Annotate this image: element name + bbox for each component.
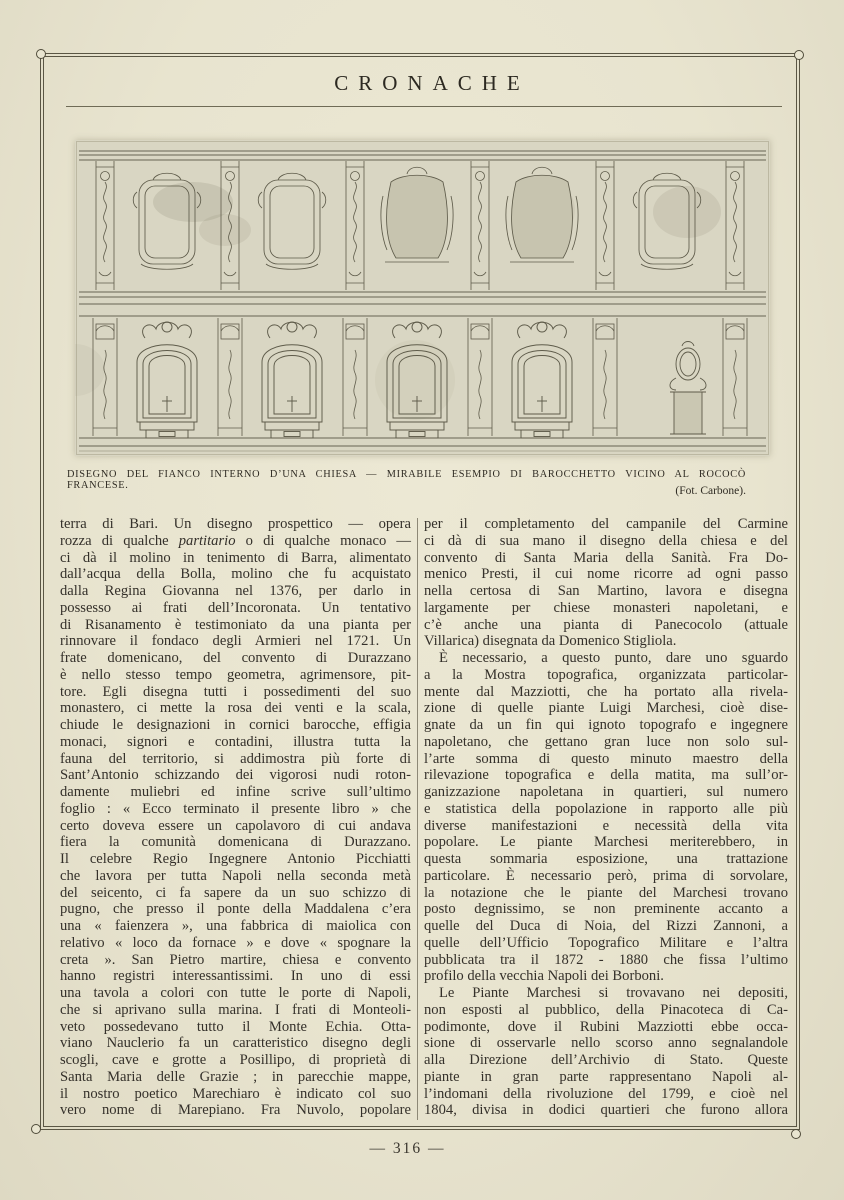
text-line: quelle del Duca di Noia, del Rizzi Zanno… — [424, 918, 788, 935]
text-line: una tavola a colori con tutte le porte d… — [60, 985, 411, 1002]
text-line: una « faienzera », una fabbrica di maiol… — [60, 918, 411, 935]
text-line: ci dà di sua mano il disegno della chies… — [424, 533, 788, 550]
church-elevation-drawing — [75, 140, 770, 456]
text-line: piante in gran parte rappresentano Napol… — [424, 1069, 788, 1086]
text-line: a la Mostra topografica, organizzata par… — [424, 667, 788, 684]
text-line: tore. Egli disegna tutti i possedimenti … — [60, 684, 411, 701]
text-line: fauna del territorio, si addimostra più … — [60, 751, 411, 768]
text-line: Il celebre Regio Ingegnere Antonio Picch… — [60, 851, 411, 868]
text-line: la notazione che le piante del Marchesi … — [424, 885, 788, 902]
text-line: è nello stesso tempo geometra, agrimenso… — [60, 667, 411, 684]
text-line: quelle dell’Ufficio Topografico Militare… — [424, 935, 788, 952]
text-line: ganizzazione napoletana in quartieri, su… — [424, 784, 788, 801]
corner-ring-icon — [31, 1124, 41, 1134]
text-line: possesso ai frati dell’Incoronata. Un te… — [60, 600, 411, 617]
text-line: particolare. È necessario però, prima di… — [424, 868, 788, 885]
text-line: convento di Santa Maria della Sanità. Fr… — [424, 550, 788, 567]
text-line: vero nome di Marepiano. Fra Nuvolo, popo… — [60, 1102, 411, 1119]
text-line: l’indomani della rivoluzione del 1799, e… — [424, 1086, 788, 1103]
text-line: Sant’Antonio schizzando dei vigorosi nud… — [60, 767, 411, 784]
header-rule — [66, 106, 782, 107]
text-line: ci dà il molino in tenimento di Barra, a… — [60, 550, 411, 567]
text-line: napoletano, che gettano gran luce non so… — [424, 734, 788, 751]
text-line: creta ». San Pietro martire, chiesa e co… — [60, 952, 411, 969]
text-line: di Risanamento è testimoniato da una pia… — [60, 617, 411, 634]
text-line: 1804, divisa in dodici quartieri che fur… — [424, 1102, 788, 1119]
text-line: terra di Bari. Un disegno prospettico — … — [60, 516, 411, 533]
text-line: frate domenicano, del convento di Durazz… — [60, 650, 411, 667]
text-line: scogli, cave e grotte a Posillipo, di pr… — [60, 1052, 411, 1069]
text-line: del seicento, ci fa sapere da un suo sch… — [60, 885, 411, 902]
text-line: dalla Regina Giovanna nel 1376, per darl… — [60, 583, 411, 600]
text-line: Villarica) disegnata da Domenico Stiglio… — [424, 633, 788, 650]
figure-credit: (Fot. Carbone). — [67, 485, 746, 497]
text-line: nella certosa di San Martino, lavora e d… — [424, 583, 788, 600]
text-column-left: terra di Bari. Un disegno prospettico — … — [60, 516, 411, 1119]
text-line: zione di quelle piante Luigi Marchesi, c… — [424, 700, 788, 717]
text-line: È necessario, a questo punto, dare uno s… — [424, 650, 788, 667]
text-line: chiude le designazioni in cornici barocc… — [60, 717, 411, 734]
text-line: menico Presti, il cui nome ricorre ad og… — [424, 566, 788, 583]
text-line: viano Nauclerio fa un caratteristico dis… — [60, 1035, 411, 1052]
text-line: e statistica della popolazione in rappor… — [424, 801, 788, 818]
text-line: gnate da un fin qui ignoto topografo e i… — [424, 717, 788, 734]
text-line: l’arte somma di questo minuto maestro de… — [424, 751, 788, 768]
text-line: certo doveva essere un capolavoro di cui… — [60, 818, 411, 835]
text-line: monaci, signori e contadini, illustra tu… — [60, 734, 411, 751]
page-number: — 316 — — [28, 1140, 787, 1158]
text-line: pugno, che presso il ponte della Maddale… — [60, 901, 411, 918]
text-line: per il completamento del campanile del C… — [424, 516, 788, 533]
text-line: profilo della vecchia Napoli dei Borboni… — [424, 968, 788, 985]
text-line: posto degnissimo, se non preminente acca… — [424, 901, 788, 918]
text-line: mente dal Mazziotti, che ha portato alla… — [424, 684, 788, 701]
text-line: alla Direzione dell’Archivio di Stato. Q… — [424, 1052, 788, 1069]
text-line: che lavora per tutta Napoli nella second… — [60, 868, 411, 885]
text-line: il nostro poetico Marechiaro è indicato … — [60, 1086, 411, 1103]
text-column-right: per il completamento del campanile del C… — [424, 516, 788, 1119]
corner-ring-icon — [794, 50, 804, 60]
text-line: largamente per chiese monasteri napoleta… — [424, 600, 788, 617]
text-line: fiera la comunità domenicana di Durazzan… — [60, 834, 411, 851]
text-line: dall’acqua della Bolla, molino che fu ac… — [60, 566, 411, 583]
scanned-magazine-page: CRONACHE — [0, 0, 844, 1200]
text-line: non esposti al pubblico, della Pinacotec… — [424, 1002, 788, 1019]
figure-plate — [75, 140, 770, 456]
text-line: rilevazione topografica e della matita, … — [424, 767, 788, 784]
text-line: c’è anche una pianta di Panecocolo (attu… — [424, 617, 788, 634]
page-title: CRONACHE — [0, 71, 844, 96]
text-line: hanno registri interessantissimi. In uno… — [60, 968, 411, 985]
text-line: rozza di qualche partitario o di qualche… — [60, 533, 411, 550]
text-line: che si aprivano sulla marina. I frati di… — [60, 1002, 411, 1019]
text-line: damente muliebri ed infine scrive sull’u… — [60, 784, 411, 801]
text-line: podimonte, dove il Rubini Mazziotti ebbe… — [424, 1019, 788, 1036]
text-line: Le Piante Marchesi si trovavano nei depo… — [424, 985, 788, 1002]
text-line: veto possedevano tutto il Monte Echia. O… — [60, 1019, 411, 1036]
corner-ring-icon — [36, 49, 46, 59]
text-line: rinnovare il fondaco degli Armieri nel 1… — [60, 633, 411, 650]
column-divider — [417, 518, 418, 1120]
text-line: relativo « loco da fornace » e dove « sp… — [60, 935, 411, 952]
text-line: Santa Maria delle Grazie ; in parecchie … — [60, 1069, 411, 1086]
corner-ring-icon — [791, 1129, 801, 1139]
text-line: foglio : « Ecco terminato il presente li… — [60, 801, 411, 818]
text-line: diverse manifestazioni e necessità della… — [424, 818, 788, 835]
text-line: pubblicata tra il 1872 - 1880 che fissa … — [424, 952, 788, 969]
text-line: sione di osservarle nello scorso anno se… — [424, 1035, 788, 1052]
text-line: questa sommaria esposizione, una trattaz… — [424, 851, 788, 868]
text-line: popolare. Le piante Marchesi meriterebbe… — [424, 834, 788, 851]
text-line: monastero, ci mette la rosa dei venti e … — [60, 700, 411, 717]
